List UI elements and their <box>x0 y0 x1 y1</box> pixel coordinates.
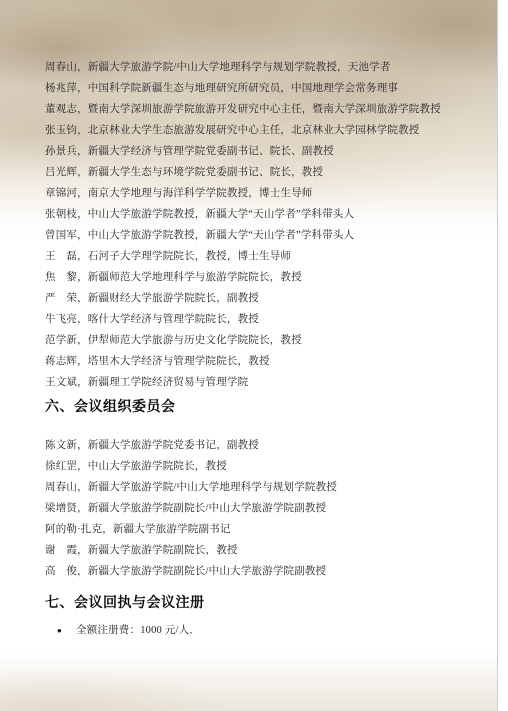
advisory-member-line: 周春山，新疆大学旅游学院/中山大学地理科学与规划学院教授，天池学者 <box>45 57 469 78</box>
organizing-committee-list: 陈文新，新疆大学旅游学院党委书记，副教授 徐红罡，中山大学旅游学院院长，教授 周… <box>45 435 469 582</box>
advisory-member-line: 张玉钧，北京林业大学生态旅游发展研究中心主任，北京林业大学园林学院教授 <box>45 120 469 141</box>
document-viewport: 周春山，新疆大学旅游学院/中山大学地理科学与规划学院教授，天池学者 杨兆萍，中国… <box>0 0 508 711</box>
advisory-member-line: 曾国军，中山大学旅游学院教授，新疆大学“天山学者”学科带头人 <box>45 225 469 246</box>
advisory-member-line: 董观志，暨南大学深圳旅游学院旅游开发研究中心主任，暨南大学深圳旅游学院教授 <box>45 99 469 120</box>
advisory-member-line: 范学新，伊犁师范大学旅游与历史文化学院院长，教授 <box>45 330 469 351</box>
advisory-member-line: 张朝枝，中山大学旅游学院教授，新疆大学“天山学者”学科带头人 <box>45 204 469 225</box>
advisory-member-line: 蒋志辉，塔里木大学经济与管理学院院长，教授 <box>45 351 469 372</box>
advisory-member-line: 焦 黎，新疆师范大学地理科学与旅游学院院长，教授 <box>45 267 469 288</box>
page-content: 周春山，新疆大学旅游学院/中山大学地理科学与规划学院教授，天池学者 杨兆萍，中国… <box>0 0 497 641</box>
committee-member-line: 梁增贤，新疆大学旅游学院副院长/中山大学旅游学院副教授 <box>45 498 469 519</box>
advisory-member-list: 周春山，新疆大学旅游学院/中山大学地理科学与规划学院教授，天池学者 杨兆萍，中国… <box>45 57 469 393</box>
committee-member-line: 阿的勒·扎克，新疆大学旅游学院副书记 <box>45 519 469 540</box>
advisory-member-line: 章锦河，南京大学地理与海洋科学学院教授，博士生导师 <box>45 183 469 204</box>
registration-fee-item: ● 全额注册费：1000 元/人． <box>57 620 469 641</box>
section-heading-organizing-committee: 六、会议组织委员会 <box>45 398 469 414</box>
committee-member-line: 高 俊，新疆大学旅游学院副院长/中山大学旅游学院副教授 <box>45 561 469 582</box>
bottom-edge-wash <box>0 651 497 711</box>
advisory-member-line: 王 磊，石河子大学理学院院长，教授，博士生导师 <box>45 246 469 267</box>
advisory-member-line: 杨兆萍，中国科学院新疆生态与地理研究所研究员，中国地理学会常务理事 <box>45 78 469 99</box>
advisory-member-line: 孙景兵，新疆大学经济与管理学院党委副书记、院长、副教授 <box>45 141 469 162</box>
committee-member-line: 谢 霞，新疆大学旅游学院副院长，教授 <box>45 540 469 561</box>
registration-fee-text: 全额注册费：1000 元/人． <box>76 620 200 641</box>
document-page: 周春山，新疆大学旅游学院/中山大学地理科学与规划学院教授，天池学者 杨兆萍，中国… <box>0 0 498 711</box>
committee-member-line: 徐红罡，中山大学旅游学院院长，教授 <box>45 456 469 477</box>
advisory-member-line: 严 荣，新疆财经大学旅游学院院长，副教授 <box>45 288 469 309</box>
committee-member-line: 陈文新，新疆大学旅游学院党委书记，副教授 <box>45 435 469 456</box>
advisory-member-line: 吕光辉，新疆大学生态与环境学院党委副书记、院长，教授 <box>45 162 469 183</box>
advisory-member-line: 牛飞亮，喀什大学经济与管理学院院长，教授 <box>45 309 469 330</box>
section-heading-registration: 七、会议回执与会议注册 <box>45 594 469 610</box>
bullet-icon: ● <box>57 620 76 641</box>
committee-member-line: 周春山，新疆大学旅游学院/中山大学地理科学与规划学院教授 <box>45 477 469 498</box>
advisory-member-line: 王文斌，新疆理工学院经济贸易与管理学院 <box>45 372 469 393</box>
